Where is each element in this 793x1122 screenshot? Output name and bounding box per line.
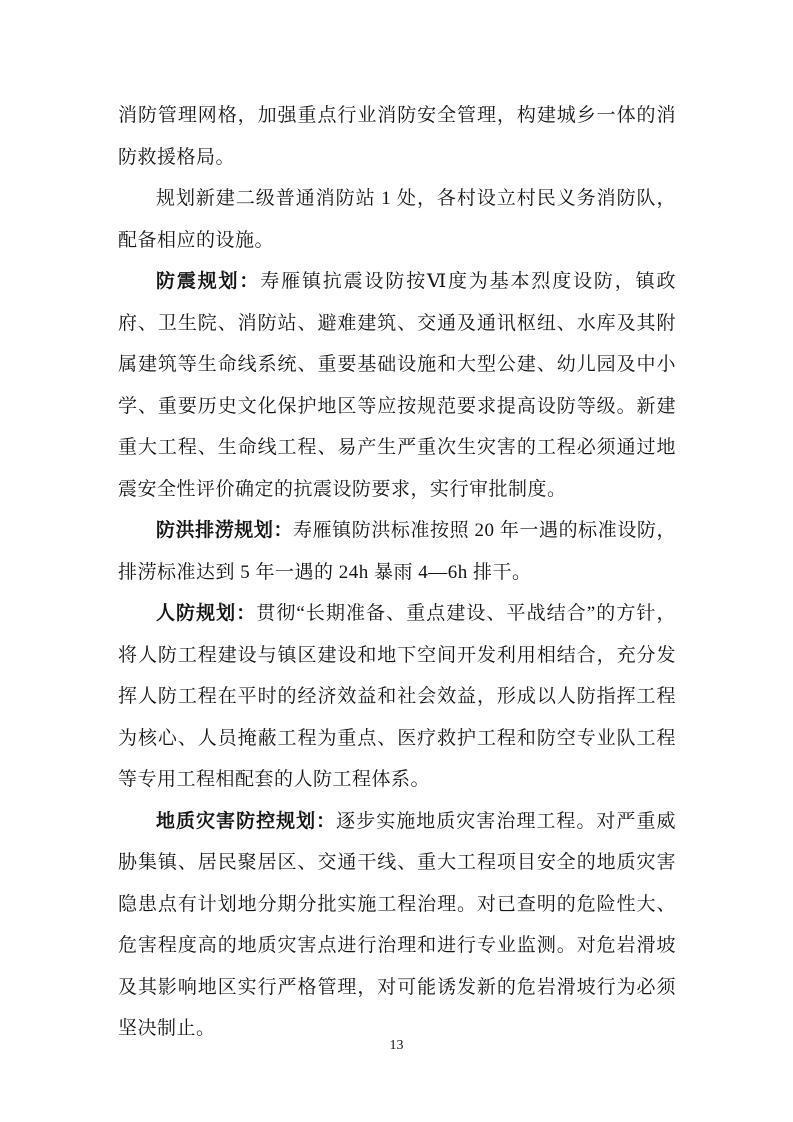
paragraph-heading: 人防规划： bbox=[156, 603, 256, 624]
paragraph-text: 寿雁镇抗震设防按Ⅵ度为基本烈度设防，镇政府、卫生院、消防站、避难建筑、交通及通讯… bbox=[118, 271, 676, 500]
document-page: 消防管理网格，加强重点行业消防安全管理，构建城乡一体的消防救援格局。 规划新建二… bbox=[0, 0, 793, 1122]
paragraph-text: 消防管理网格，加强重点行业消防安全管理，构建城乡一体的消防救援格局。 bbox=[118, 105, 676, 168]
paragraph-heading: 防震规划： bbox=[156, 271, 260, 292]
paragraph-heading: 地质灾害防控规划： bbox=[156, 811, 336, 832]
paragraph-fire-station: 规划新建二级普通消防站 1 处，各村设立村民义务消防队，配备相应的设施。 bbox=[118, 178, 676, 261]
paragraph-civil-air-defense-planning: 人防规划：贯彻“长期准备、重点建设、平战结合”的方针，将人防工程建设与镇区建设和… bbox=[118, 593, 676, 801]
paragraph-text: 逐步实施地质灾害治理工程。对严重威胁集镇、居民聚居区、交通干线、重大工程项目安全… bbox=[118, 811, 676, 1040]
page-number: 13 bbox=[0, 1036, 793, 1056]
paragraph-text: 贯彻“长期准备、重点建设、平战结合”的方针，将人防工程建设与镇区建设和地下空间开… bbox=[118, 603, 676, 790]
document-body: 消防管理网格，加强重点行业消防安全管理，构建城乡一体的消防救援格局。 规划新建二… bbox=[118, 95, 676, 1050]
paragraph-text: 规划新建二级普通消防站 1 处，各村设立村民义务消防队，配备相应的设施。 bbox=[118, 188, 676, 251]
paragraph-geological-disaster-planning: 地质灾害防控规划：逐步实施地质灾害治理工程。对严重威胁集镇、居民聚居区、交通干线… bbox=[118, 801, 676, 1050]
paragraph-flood-control-planning: 防洪排涝规划：寿雁镇防洪标准按照 20 年一遇的标准设防，排涝标准达到 5 年一… bbox=[118, 510, 676, 593]
paragraph-earthquake-planning: 防震规划：寿雁镇抗震设防按Ⅵ度为基本烈度设防，镇政府、卫生院、消防站、避难建筑、… bbox=[118, 261, 676, 510]
paragraph-heading: 防洪排涝规划： bbox=[156, 520, 293, 541]
paragraph-fire-network-continuation: 消防管理网格，加强重点行业消防安全管理，构建城乡一体的消防救援格局。 bbox=[118, 95, 676, 178]
